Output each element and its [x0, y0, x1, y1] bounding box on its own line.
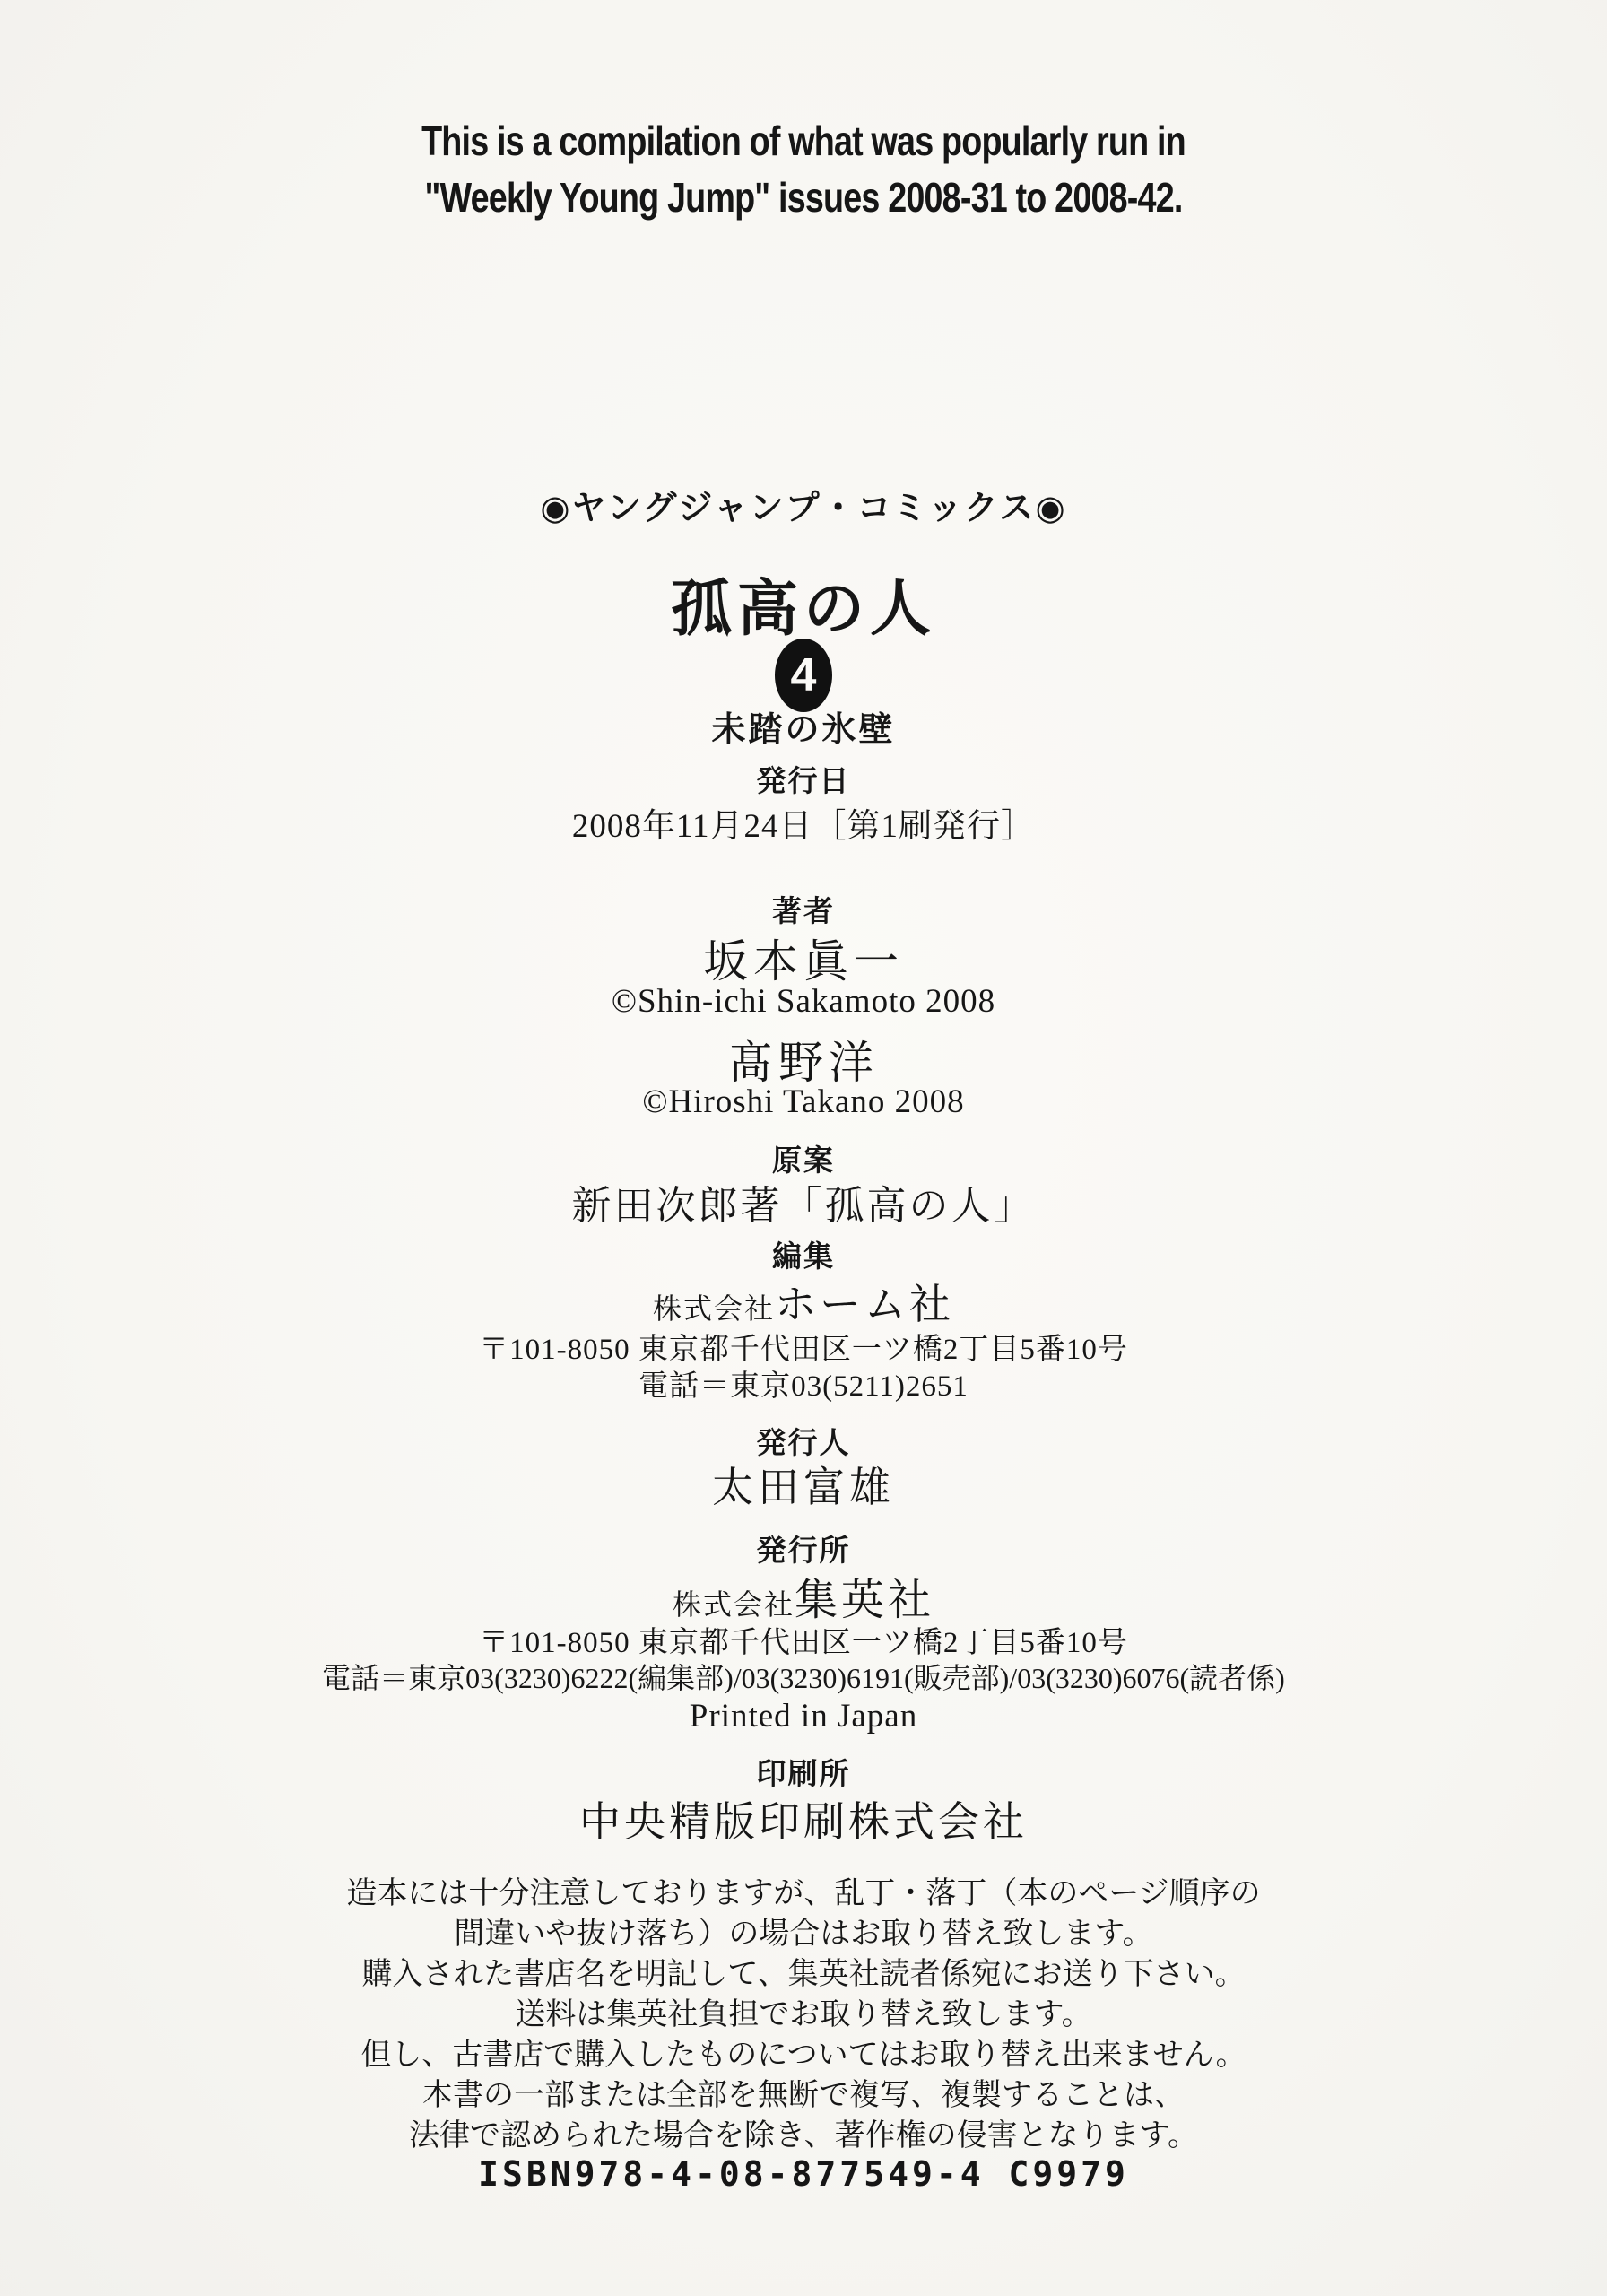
notice-line-4: 送料は集英社負担でお取り替え致します。 [0, 1989, 1607, 2033]
printer-name: 中央精版印刷株式会社 [0, 1789, 1607, 1848]
isbn-code: ISBN978-4-08-877549-4 C9979 [0, 2154, 1607, 2194]
editor-company-prefix: 株式会社 [653, 1292, 775, 1325]
notice-line-5: 但し、古書店で購入したものについてはお取り替え出来ません。 [0, 2030, 1607, 2074]
publication-date: 2008年11月24日［第1刷発行］ [0, 798, 1607, 847]
author-name-1: 坂本眞一 [0, 926, 1607, 990]
notice-line-2: 間違いや抜け落ち）の場合はお取り替え致します。 [0, 1909, 1607, 1952]
publisher-company: 株式会社集英社 [0, 1565, 1607, 1627]
editor-label: 編集 [0, 1233, 1607, 1275]
editor-company: 株式会社ホーム社 [0, 1272, 1607, 1331]
notice-line-6: 本書の一部または全部を無断で複写、複製することは、 [0, 2070, 1607, 2114]
series-label: ◉ヤングジャンプ・コミックス◉ [0, 480, 1607, 529]
author-copyright-1: ©Shin-ichi Sakamoto 2008 [0, 982, 1607, 1021]
editor-company-name: ホーム社 [775, 1282, 954, 1327]
issuer-name: 太田富雄 [0, 1455, 1607, 1514]
editor-address: 〒101-8050 東京都千代田区一ツ橋2丁目5番10号 [0, 1326, 1607, 1368]
publisher-company-name: 集英社 [795, 1577, 934, 1624]
publisher-company-prefix: 株式会社 [673, 1588, 795, 1621]
header-note-line2: "Weekly Young Jump" issues 2008-31 to 20… [144, 173, 1462, 222]
printed-in-japan: Printed in Japan [0, 1697, 1607, 1735]
publication-date-label: 発行日 [0, 758, 1607, 800]
book-subtitle: 未踏の氷壁 [0, 701, 1607, 751]
publisher-address: 〒101-8050 東京都千代田区一ツ橋2丁目5番10号 [0, 1619, 1607, 1661]
book-title: 孤高の人 [0, 561, 1607, 648]
notice-line-7: 法律で認められた場合を除き、著作権の侵害となります。 [0, 2110, 1607, 2154]
printer-label: 印刷所 [0, 1751, 1607, 1793]
notice-line-1: 造本には十分注意しておりますが、乱丁・落丁（本のページ順序の [0, 1868, 1607, 1912]
header-note-line1: This is a compilation of what was popula… [144, 117, 1462, 165]
volume-number: 4 [791, 652, 817, 699]
original-work-text: 新田次郎著「孤高の人」 [0, 1173, 1607, 1231]
publisher-phone: 電話＝東京03(3230)6222(編集部)/03(3230)6191(販売部)… [0, 1656, 1607, 1697]
publisher-label: 発行所 [0, 1527, 1607, 1570]
colophon-page: This is a compilation of what was popula… [0, 0, 1607, 2296]
authors-label: 著者 [0, 888, 1607, 930]
notice-line-3: 購入された書店名を明記して、集英社読者係宛にお送り下さい。 [0, 1949, 1607, 1993]
editor-phone: 電話＝東京03(5211)2651 [0, 1362, 1607, 1405]
author-copyright-2: ©Hiroshi Takano 2008 [0, 1083, 1607, 1121]
